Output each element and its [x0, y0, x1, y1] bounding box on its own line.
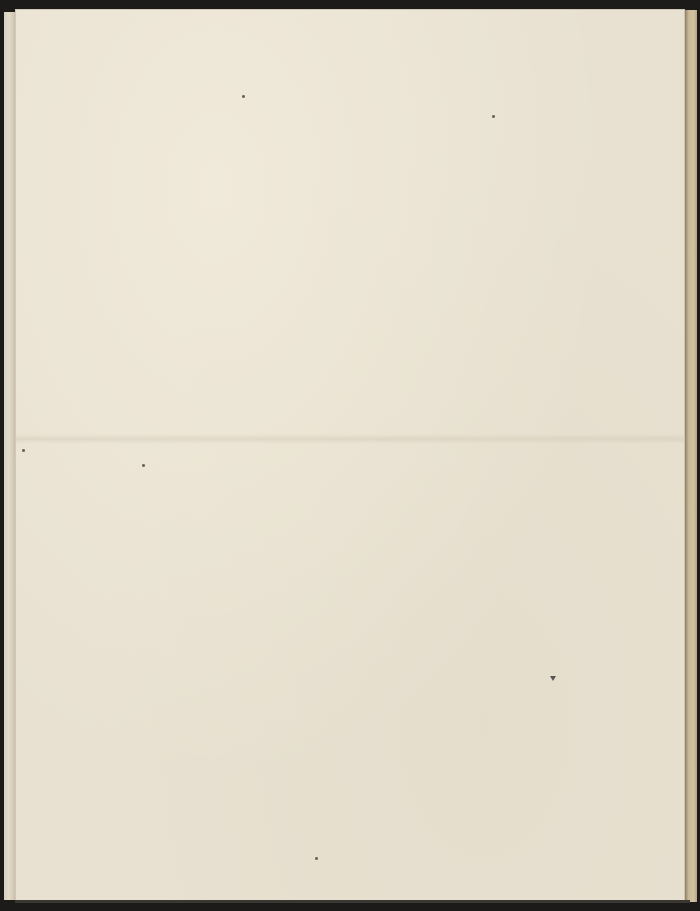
- paper-speck: [315, 857, 318, 860]
- right-page-edge: [685, 10, 697, 902]
- paper-speck: [242, 95, 245, 98]
- blank-page: [15, 9, 685, 902]
- paper-speck: [142, 464, 145, 467]
- fold-crease: [15, 434, 685, 444]
- paper-speck: [22, 449, 25, 452]
- page-bottom-edge: [15, 900, 690, 903]
- paper-speck: [492, 115, 495, 118]
- paper-mark: [550, 676, 556, 681]
